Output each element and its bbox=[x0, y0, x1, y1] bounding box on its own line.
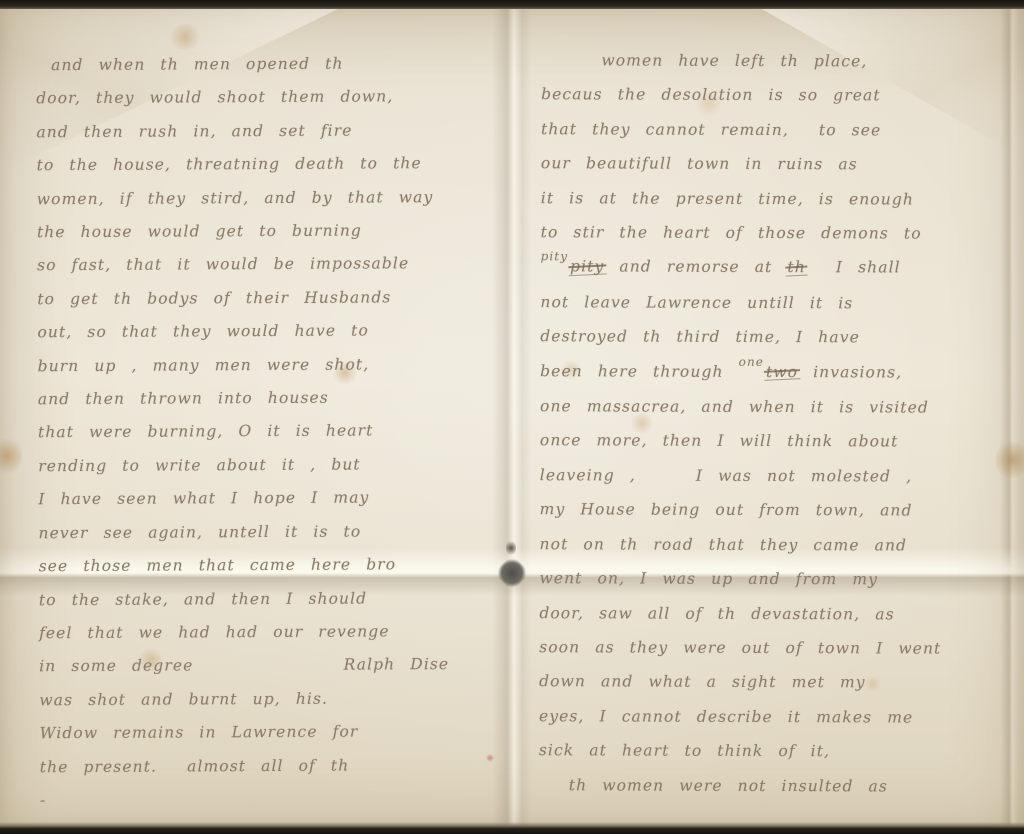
letter-page-left: and when th men opened thdoor, they woul… bbox=[36, 47, 502, 818]
center-fold-shadow bbox=[506, 540, 516, 556]
scribbled-word: pity bbox=[570, 258, 604, 276]
handwritten-line: becaus the desolation is so great bbox=[541, 78, 1009, 114]
handwritten-line: to stir the heart of those demons to bbox=[541, 215, 1009, 251]
handwritten-line: once more, then I will think about bbox=[540, 424, 1008, 460]
inserted-word: one bbox=[739, 345, 764, 379]
handwritten-line: door, they would shoot them down, bbox=[36, 80, 498, 116]
scan-edge-bottom bbox=[0, 822, 1024, 834]
handwritten-line: down and what a sight met my bbox=[539, 664, 1007, 700]
handwritten-line: never see again, untell it is to bbox=[38, 514, 500, 550]
handwritten-line: my House being out from town, and bbox=[540, 492, 1008, 528]
handwritten-line: door, saw all of th devastation, as bbox=[539, 596, 1007, 632]
handwritten-line: our beautifull town in ruins as bbox=[541, 146, 1009, 182]
handwritten-line: one massacrea, and when it is visited bbox=[540, 389, 1008, 425]
scribbled-word: th bbox=[787, 258, 805, 276]
handwritten-line: see those men that came here bro bbox=[39, 548, 501, 584]
handwritten-line: that they cannot remain, to see bbox=[541, 112, 1009, 148]
handwritten-line: pitypity and remorse at th I shall bbox=[540, 250, 1008, 287]
handwritten-line: I have seen what I hope I may bbox=[38, 481, 500, 517]
handwritten-line: and then thrown into houses bbox=[38, 381, 500, 417]
handwritten-line: to get th bodys of their Husbands bbox=[37, 281, 499, 317]
handwritten-line: the house would get to burning bbox=[37, 214, 499, 250]
handwritten-line: not on th road that they came and bbox=[540, 527, 1008, 563]
handwritten-line: out, so that they would have to bbox=[37, 314, 499, 350]
handwritten-line: feel that we had had our revenge bbox=[39, 615, 501, 651]
handwritten-line: and then rush in, and set fire bbox=[36, 114, 498, 150]
handwritten-line: so fast, that it would be impossable bbox=[37, 247, 499, 283]
handwritten-line: was shot and burnt up, his. bbox=[39, 682, 501, 718]
handwritten-line: sick at heart to think of it, bbox=[539, 733, 1007, 769]
handwritten-line: soon as they were out of town I went bbox=[539, 630, 1007, 666]
handwritten-line: burn up , many men were shot, bbox=[38, 347, 500, 383]
stain bbox=[0, 436, 22, 476]
letter-scan: and when th men opened thdoor, they woul… bbox=[0, 0, 1024, 834]
handwritten-line: it is at the present time, is enough bbox=[541, 181, 1009, 217]
handwritten-line: women have left th place, bbox=[541, 43, 1009, 79]
handwritten-line: went on, I was up and from my bbox=[539, 561, 1007, 597]
handwritten-line: eyes, I cannot describe it makes me bbox=[539, 699, 1007, 735]
handwritten-line: women, if they stird, and by that way bbox=[37, 180, 499, 216]
handwritten-line: to the stake, and then I should bbox=[39, 581, 501, 617]
letter-page-right: women have left th place,becaus the deso… bbox=[539, 43, 1010, 804]
inserted-word: pity bbox=[541, 240, 569, 275]
handwritten-line: to the house, threatning death to the bbox=[37, 147, 499, 183]
handwritten-line: rending to write about it , but bbox=[38, 448, 500, 484]
handwritten-line: and when th men opened th bbox=[36, 47, 498, 83]
scan-edge-top bbox=[0, 0, 1024, 9]
handwritten-line: been here through onetwo invasions, bbox=[540, 354, 1008, 391]
scribbled-word: two bbox=[766, 363, 798, 381]
stain bbox=[168, 24, 202, 50]
handwritten-line: leaveing , I was not molested , bbox=[540, 458, 1008, 494]
handwritten-line: destroyed th third time, I have bbox=[540, 319, 1008, 355]
handwritten-line: not leave Lawrence untill it is bbox=[540, 285, 1008, 321]
handwritten-line: th women were not insulted as bbox=[539, 768, 1007, 804]
handwritten-line: in some degree Ralph Dise bbox=[39, 648, 501, 684]
handwritten-line: the present. almost all of th bbox=[40, 748, 502, 784]
handwritten-line: that were burning, O it is heart bbox=[38, 414, 500, 450]
handwritten-line: Widow remains in Lawrence for bbox=[39, 715, 501, 751]
handwritten-line: - bbox=[40, 782, 502, 818]
